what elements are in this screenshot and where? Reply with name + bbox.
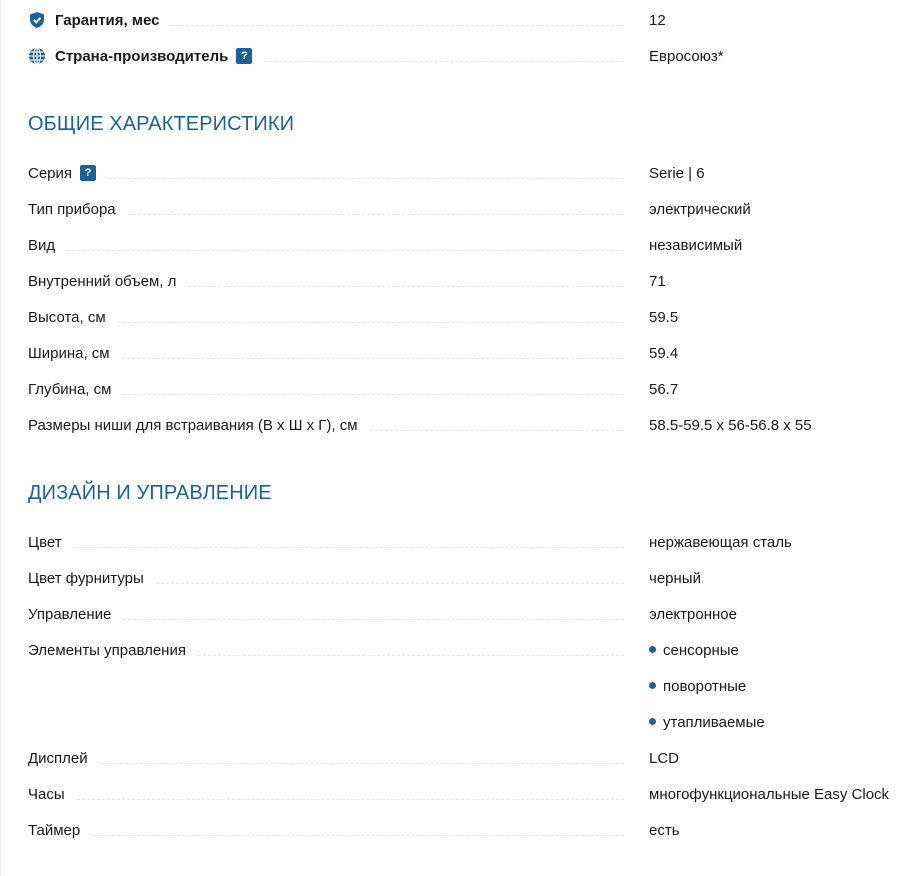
spec-row-continuation: поворотные — [28, 675, 906, 697]
spec-value-list-item: сенсорные — [649, 642, 739, 659]
spec-row: Часы многофункциональные Easy Clock — [28, 783, 906, 805]
spec-label: Страна-производитель — [55, 48, 228, 65]
spec-value: нержавеющая сталь — [649, 534, 792, 551]
spec-value: 59.4 — [649, 345, 678, 362]
spec-label: Тип прибора — [28, 201, 116, 218]
spec-value: 59.5 — [649, 309, 678, 326]
spec-label: Ширина, см — [28, 345, 110, 362]
spec-row: Дисплей LCD — [28, 747, 906, 769]
list-item-text: поворотные — [663, 678, 746, 695]
spec-value: есть — [649, 822, 680, 839]
spec-label: Серия — [28, 165, 72, 182]
dotted-leader — [100, 763, 624, 764]
spec-row: Внутренний объем, л 71 — [28, 270, 906, 292]
dotted-leader — [92, 835, 624, 836]
spec-label: Размеры ниши для встраивания (В х Ш х Г)… — [28, 417, 358, 434]
list-item-text: утапливаемые — [663, 714, 765, 731]
dotted-leader — [123, 394, 624, 395]
spec-row: Ширина, см 59.4 — [28, 342, 906, 364]
spec-row: Цвет нержавеющая сталь — [28, 531, 906, 553]
spec-value: электронное — [649, 606, 737, 623]
spec-row: Серия? Serie | 6 — [28, 162, 906, 184]
bullet-icon — [649, 646, 656, 653]
left-border — [0, 0, 1, 876]
spec-row-continuation: утапливаемые — [28, 711, 906, 733]
spec-row: Высота, см 59.5 — [28, 306, 906, 328]
spec-row: Вид независимый — [28, 234, 906, 256]
dotted-leader — [74, 547, 624, 548]
spec-value: многофункциональные Easy Clock — [649, 786, 889, 803]
spec-row: Таймер есть — [28, 819, 906, 841]
dotted-leader — [198, 655, 624, 656]
spec-label: Дисплей — [28, 750, 88, 767]
spec-label: Вид — [28, 237, 55, 254]
spec-row: Элементы управления сенсорные — [28, 639, 906, 661]
spec-label: Гарантия, мес — [55, 12, 159, 29]
globe-icon — [28, 47, 46, 65]
spec-row: Размеры ниши для встраивания (В х Ш х Г)… — [28, 414, 906, 436]
dotted-leader — [188, 286, 624, 287]
spec-value: LCD — [649, 750, 679, 767]
spec-label: Управление — [28, 606, 111, 623]
dotted-leader — [118, 322, 624, 323]
spec-label: Часы — [28, 786, 65, 803]
list-item-text: сенсорные — [663, 642, 739, 659]
dotted-leader — [171, 25, 624, 26]
help-icon[interactable]: ? — [80, 165, 96, 181]
spec-value: независимый — [649, 237, 742, 254]
dotted-leader — [108, 178, 624, 179]
spec-value: электрический — [649, 201, 751, 218]
spec-row: Глубина, см 56.7 — [28, 378, 906, 400]
spec-label: Цвет — [28, 534, 62, 551]
dotted-leader — [122, 358, 624, 359]
section-title-general: ОБЩИЕ ХАРАКТЕРИСТИКИ — [28, 113, 294, 136]
spec-value: 58.5-59.5 x 56-56.8 x 55 — [649, 417, 812, 434]
spec-row-country: Страна-производитель ? Евросоюз* — [28, 45, 906, 67]
bullet-icon — [649, 682, 656, 689]
spec-value: Serie | 6 — [649, 165, 705, 182]
spec-label: Элементы управления — [28, 642, 186, 659]
bullet-icon — [649, 718, 656, 725]
spec-value: 71 — [649, 273, 666, 290]
spec-value: 12 — [649, 12, 666, 29]
spec-row-warranty: Гарантия, мес 12 — [28, 9, 906, 31]
spec-value: 56.7 — [649, 381, 678, 398]
dotted-leader — [67, 250, 624, 251]
spec-row: Цвет фурнитуры черный — [28, 567, 906, 589]
spec-row: Управление электронное — [28, 603, 906, 625]
spec-label: Цвет фурнитуры — [28, 570, 144, 587]
spec-label: Таймер — [28, 822, 80, 839]
dotted-leader — [77, 799, 624, 800]
dotted-leader — [128, 214, 624, 215]
spec-value: черный — [649, 570, 701, 587]
spec-value-list-item: утапливаемые — [649, 714, 765, 731]
spec-label: Внутренний объем, л — [28, 273, 176, 290]
dotted-leader — [370, 430, 624, 431]
spec-label: Глубина, см — [28, 381, 111, 398]
shield-check-icon — [28, 11, 46, 29]
spec-label: Высота, см — [28, 309, 106, 326]
help-icon[interactable]: ? — [236, 48, 252, 64]
spec-value: Евросоюз* — [649, 48, 724, 65]
spec-value-list-item: поворотные — [649, 678, 746, 695]
dotted-leader — [123, 619, 624, 620]
spec-row: Тип прибора электрический — [28, 198, 906, 220]
dotted-leader — [156, 583, 624, 584]
section-title-design: ДИЗАЙН И УПРАВЛЕНИЕ — [28, 482, 272, 505]
dotted-leader — [264, 61, 624, 62]
